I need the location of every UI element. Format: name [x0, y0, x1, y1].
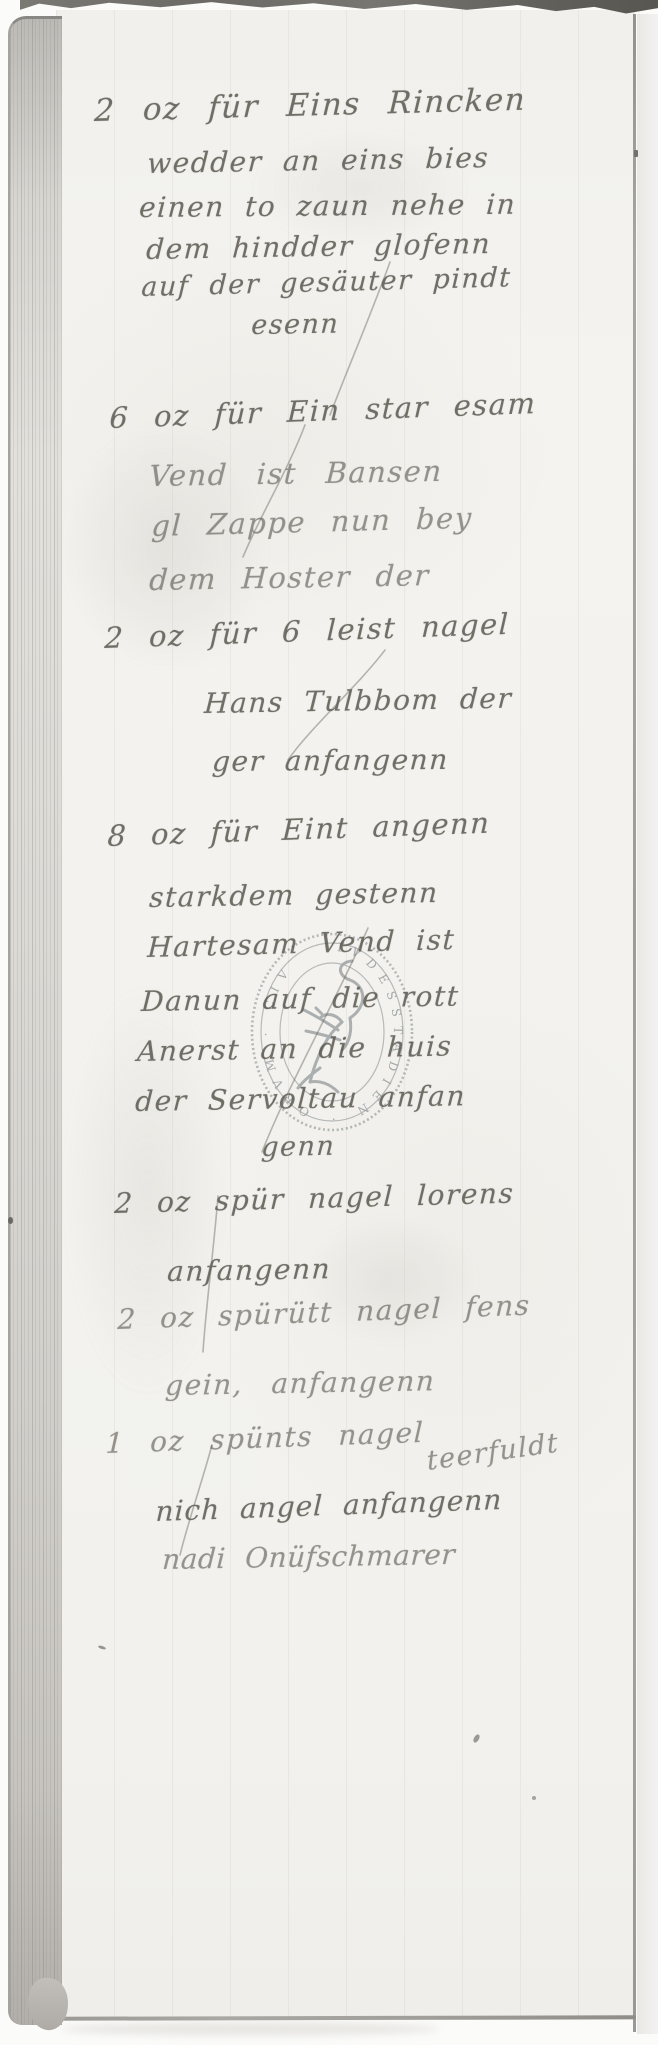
- handwriting-line: Anerst an die huis: [137, 1033, 454, 1067]
- book-gutter: [8, 16, 62, 2025]
- handwriting-line: Danun auf die rott: [141, 982, 461, 1016]
- ink-speck: [634, 150, 638, 157]
- handwriting-line: esenn: [251, 310, 340, 339]
- handwriting-line: Hartesam Vend ist: [147, 926, 456, 962]
- ink-speck: [8, 1217, 13, 1224]
- handwriting-line: gein, anfangenn: [165, 1367, 437, 1400]
- handwriting-line: ger anfangenn: [211, 746, 449, 776]
- handwriting-line: der Servoltau anfan: [135, 1082, 467, 1116]
- handwriting-line: dem hindder glofenn: [146, 230, 492, 264]
- page-bottom-shadow: [60, 2022, 440, 2036]
- handwriting-line: genn: [261, 1133, 336, 1161]
- handwriting-line: dem Hoster der: [148, 561, 430, 595]
- handwriting-line: wedder an eins bies: [147, 144, 490, 178]
- handwriting-line: gl Zappe nun bey: [151, 504, 474, 541]
- manuscript-scan: IVDESSTADIEN · ORVM · CIV 2 oz für Eins …: [0, 0, 658, 2045]
- handwriting-line: Vend ist Bansen: [148, 457, 443, 491]
- handwriting-line: nadi Onüfschmarer: [162, 1541, 456, 1574]
- adjacent-page-strip: [637, 14, 658, 2034]
- page-right-edge: [633, 14, 636, 2032]
- handwriting-line: Hans Tulbbom der: [204, 685, 514, 718]
- handwriting-line: anfangenn: [167, 1255, 332, 1286]
- handwriting-line: einen to zaun nehe in: [138, 191, 517, 222]
- handwriting-line: starkdem gestenn: [149, 879, 440, 912]
- ink-speck: [532, 1796, 536, 1800]
